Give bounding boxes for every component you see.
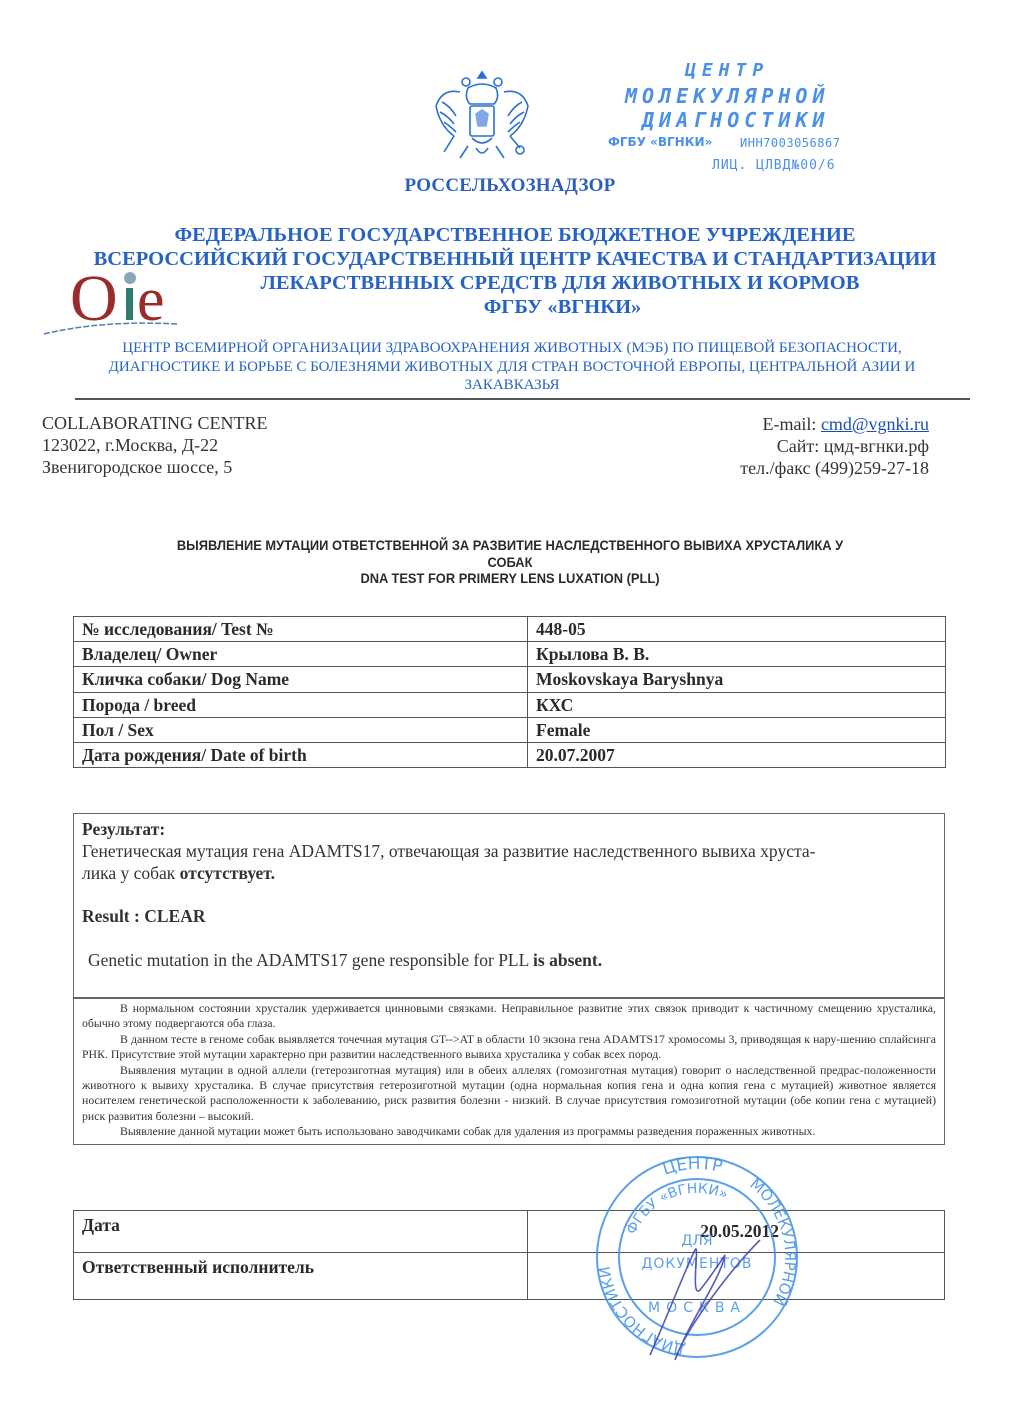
- result-ru-verdict: отсутствует.: [180, 863, 275, 883]
- title-line: ВЫЯВЛЕНИЕ МУТАЦИИ ОТВЕТСТВЕННОЙ ЗА РАЗВИ…: [68, 537, 951, 554]
- info-row: Дата рождения/ Date of birth20.07.2007: [74, 742, 946, 767]
- note-paragraph: Выявления мутации в одной аллели (гетеро…: [82, 1063, 936, 1125]
- russian-coat-of-arms-icon: [432, 62, 532, 170]
- email-link[interactable]: cmd@vgnki.ru: [821, 414, 929, 434]
- email-label: E-mail:: [762, 414, 820, 434]
- result-heading: Результат:: [82, 818, 936, 840]
- signature-table: Дата 20.05.2012 Ответственный исполнител…: [73, 1210, 945, 1300]
- phone-text: тел./факс (499)259-27-18: [700, 457, 929, 479]
- institution-line: ФЕДЕРАЛЬНОЕ ГОСУДАРСТВЕННОЕ БЮДЖЕТНОЕ УЧ…: [60, 223, 970, 247]
- site-text: Сайт: цмд-вгнки.рф: [700, 435, 929, 457]
- date-row: Дата 20.05.2012: [74, 1211, 945, 1253]
- address-line: 123022, г.Москва, Д-22: [42, 434, 268, 456]
- info-value: Female: [528, 717, 946, 742]
- oie-line: ЗАКАВКАЗЬЯ: [40, 376, 984, 395]
- info-row: Пол / SexFemale: [74, 717, 946, 742]
- note-paragraph: В данном тесте в геноме собак выявляется…: [82, 1032, 936, 1063]
- explanatory-notes: В нормальном состоянии хрусталик удержив…: [73, 997, 945, 1145]
- stamp-inn: ИНН7003056867: [740, 136, 840, 150]
- result-en-text: Genetic mutation in the ADAMTS17 gene re…: [82, 949, 936, 971]
- executor-row: Ответственный исполнитель: [74, 1253, 945, 1300]
- info-row: № исследования/ Test №448-05: [74, 617, 946, 642]
- oie-logo-icon: O e: [42, 262, 202, 337]
- info-value: 20.07.2007: [528, 742, 946, 767]
- date-label: Дата: [74, 1211, 528, 1253]
- oie-center-description: ЦЕНТР ВСЕМИРНОЙ ОРГАНИЗАЦИИ ЗДРАВООХРАНЕ…: [40, 339, 984, 395]
- info-label: Порода / breed: [74, 692, 528, 717]
- svg-text:ФГБУ «ВГНКИ»: ФГБУ «ВГНКИ»: [624, 1181, 730, 1237]
- address-line: Звенигородское шоссе, 5: [42, 456, 268, 478]
- result-ru-line: Генетическая мутация гена ADAMTS17, отве…: [82, 841, 815, 861]
- info-label: Владелец/ Owner: [74, 642, 528, 667]
- info-row: Кличка собаки/ Dog NameMoskovskaya Barys…: [74, 667, 946, 692]
- address-line: COLLABORATING CENTRE: [42, 412, 268, 434]
- info-label: № исследования/ Test №: [74, 617, 528, 642]
- info-row: Владелец/ OwnerКрылова В. В.: [74, 642, 946, 667]
- info-value: КХС: [528, 692, 946, 717]
- stamp-line-center: ЦЕНТР: [685, 60, 769, 81]
- info-label: Дата рождения/ Date of birth: [74, 742, 528, 767]
- result-en-line: Genetic mutation in the ADAMTS17 gene re…: [88, 950, 533, 970]
- stamp-license: ЛИЦ. ЦЛВД№00/6: [712, 158, 836, 173]
- note-paragraph: В нормальном состоянии хрусталик удержив…: [82, 1001, 936, 1032]
- executor-label: Ответственный исполнитель: [74, 1253, 528, 1300]
- title-line: СОБАК: [68, 554, 951, 571]
- info-label: Кличка собаки/ Dog Name: [74, 667, 528, 692]
- svg-text:ДЛЯ: ДЛЯ: [681, 1233, 712, 1249]
- molecular-diagnostics-stamp: ЦЕНТР МОЛЕКУЛЯРНОЙ ДИАГНОСТИКИ ФГБУ «ВГН…: [600, 60, 890, 180]
- stamp-line-diagnostics: ДИАГНОСТИКИ: [642, 108, 829, 132]
- document-title: ВЫЯВЛЕНИЕ МУТАЦИИ ОТВЕТСТВЕННОЙ ЗА РАЗВИ…: [68, 537, 951, 587]
- result-box: Результат: Генетическая мутация гена ADA…: [73, 813, 945, 997]
- round-seal-stamp-icon: ДИАГНОСТИКИ ЦЕНТР МОЛЕКУЛЯРНОЙ ФГБУ «ВГН…: [590, 1150, 805, 1365]
- oie-line: ЦЕНТР ВСЕМИРНОЙ ОРГАНИЗАЦИИ ЗДРАВООХРАНЕ…: [40, 339, 984, 358]
- note-paragraph: Выявление данной мутации может быть испо…: [82, 1124, 936, 1139]
- info-label: Пол / Sex: [74, 717, 528, 742]
- info-value: Крылова В. В.: [528, 642, 946, 667]
- info-row: Порода / breedКХС: [74, 692, 946, 717]
- header-divider: [75, 398, 970, 400]
- result-ru-line: лика у собак: [82, 863, 180, 883]
- oie-line: ДИАГНОСТИКЕ И БОРЬБЕ С БОЛЕЗНЯМИ ЖИВОТНЫ…: [40, 358, 984, 377]
- result-ru-text: Генетическая мутация гена ADAMTS17, отве…: [82, 840, 936, 884]
- email-row: E-mail: cmd@vgnki.ru: [700, 413, 929, 435]
- result-clear-label: Result : CLEAR: [82, 905, 936, 927]
- contacts-block: E-mail: cmd@vgnki.ru Сайт: цмд-вгнки.рф …: [700, 413, 929, 479]
- stamp-line-org: ФГБУ «ВГНКИ»: [608, 135, 712, 149]
- result-en-verdict: is absent.: [533, 950, 602, 970]
- address-block: COLLABORATING CENTRE 123022, г.Москва, Д…: [42, 412, 268, 478]
- info-value: 448-05: [528, 617, 946, 642]
- sample-info-table: № исследования/ Test №448-05Владелец/ Ow…: [73, 616, 946, 768]
- info-value: Moskovskaya Baryshnya: [528, 667, 946, 692]
- svg-text:ЦЕНТР: ЦЕНТР: [660, 1154, 724, 1180]
- title-line: DNA TEST FOR PRIMERY LENS LUXATION (PLL): [68, 570, 951, 587]
- stamp-line-molecular: МОЛЕКУЛЯРНОЙ: [625, 84, 830, 108]
